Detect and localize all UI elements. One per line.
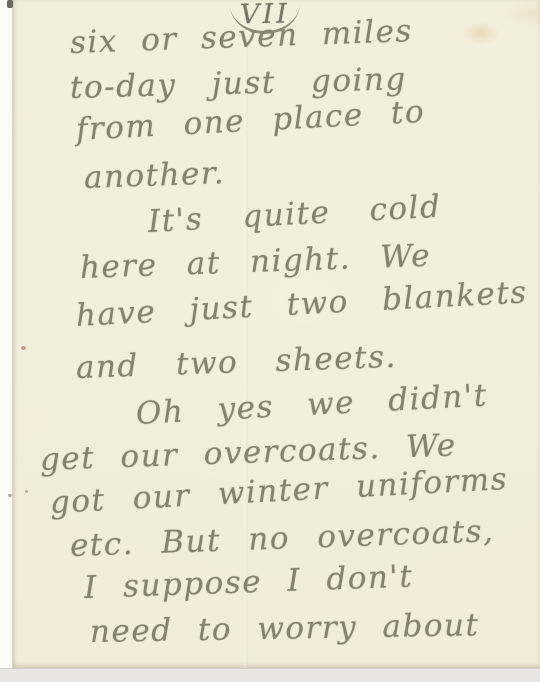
edge-mark: [7, 0, 13, 8]
scanned-letter-page: VII six or seven miles to-day just going…: [0, 0, 540, 682]
paper-speck: [8, 494, 12, 497]
paper-speck: [25, 490, 28, 493]
handwriting-line: another.: [83, 156, 225, 195]
paper-speck: [21, 346, 26, 350]
handwriting-line: need to worry about: [90, 608, 480, 649]
scanner-shadow-strip: [0, 668, 540, 682]
